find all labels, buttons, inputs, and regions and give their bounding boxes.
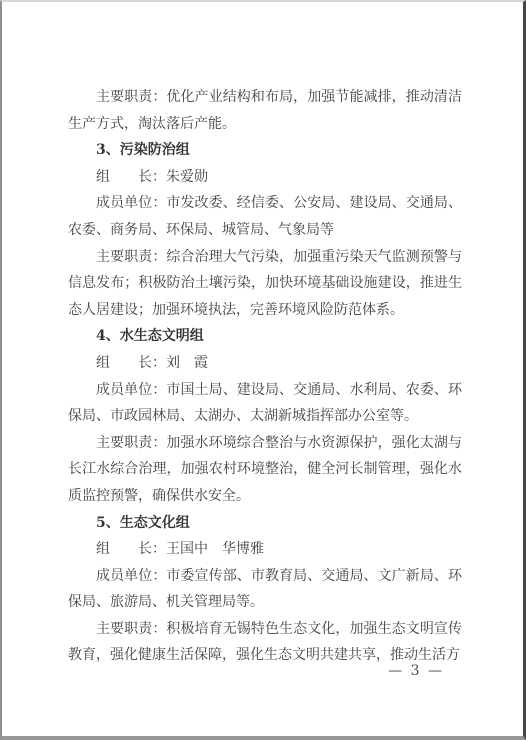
page-number: — 3 — — [388, 658, 444, 685]
document-page: 主要职责：优化产业结构和布局，加强节能减排，推动清洁生产方式，淘汰落后产能。 3… — [0, 0, 526, 740]
section-heading-eco-culture: 5、生态文化组 — [68, 510, 462, 537]
section-heading-water-ecology: 4、水生态文明组 — [68, 323, 462, 350]
leader-line: 组 长：王国中 华博雅 — [68, 536, 462, 563]
duties-paragraph: 主要职责：加强水环境综合整治与水资源保护，强化太湖与长江水综合治理，加强农村环境… — [68, 430, 462, 510]
document-content: 主要职责：优化产业结构和布局，加强节能减排，推动清洁生产方式，淘汰落后产能。 3… — [68, 84, 462, 669]
members-paragraph: 成员单位：市发改委、经信委、公安局、建设局、交通局、农委、商务局、环保局、城管局… — [68, 190, 462, 243]
members-paragraph: 成员单位：市国土局、建设局、交通局、水利局、农委、环保局、市政园林局、太湖办、太… — [68, 377, 462, 430]
leader-line: 组 长：朱爱勋 — [68, 164, 462, 191]
duties-continuation-paragraph: 主要职责：优化产业结构和布局，加强节能减排，推动清洁生产方式，淘汰落后产能。 — [68, 84, 462, 137]
duties-paragraph: 主要职责：综合治理大气污染，加强重污染天气监测预警与信息发布；积极防治土壤污染，… — [68, 244, 462, 324]
members-paragraph: 成员单位：市委宣传部、市教育局、交通局、文广新局、环保局、旅游局、机关管理局等。 — [68, 563, 462, 616]
leader-line: 组 长：刘 霞 — [68, 350, 462, 377]
section-heading-pollution-control: 3、污染防治组 — [68, 137, 462, 164]
